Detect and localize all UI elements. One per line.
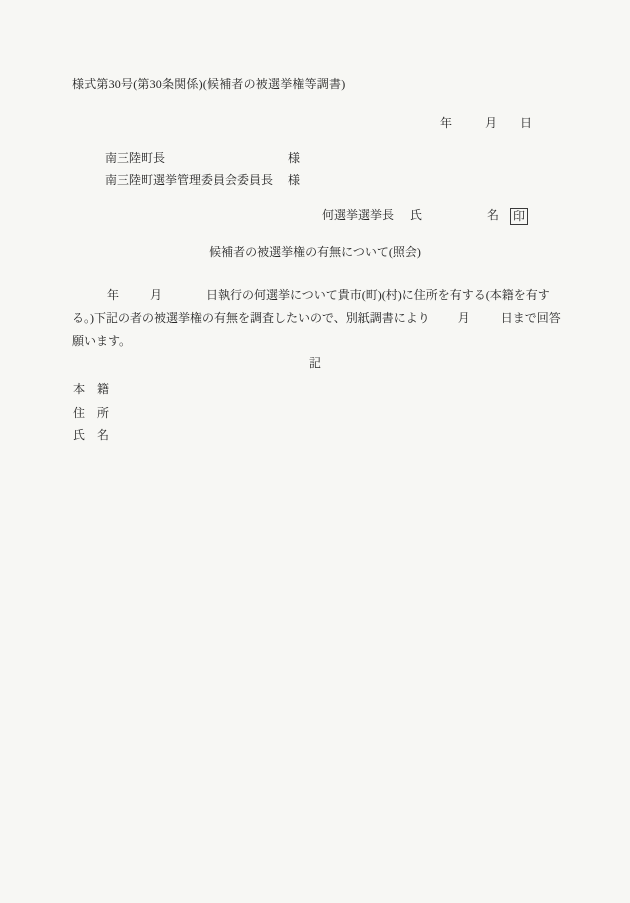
addressee-town-mayor: 南三陸町長 様 — [105, 151, 300, 166]
body-line-2-text: る。)下記の者の被選挙権の有無を調査したいので、別紙調書により — [72, 311, 430, 325]
sender-title: 何選挙選挙長 — [322, 208, 394, 222]
field-label-name: 氏 名 — [73, 428, 109, 443]
addressee-name: 南三陸町選挙管理委員会委員長 — [105, 173, 285, 188]
sender-name-label-last: 氏 — [410, 208, 422, 222]
date-month-label: 月 — [485, 116, 497, 130]
field-label-registered-domicile: 本 籍 — [73, 382, 109, 397]
form-number-title: 様式第30号(第30条関係)(候補者の被選挙権等調書) — [72, 77, 345, 92]
reply-month-blank-label: 月 — [458, 311, 470, 325]
date-line: 年 月 日 — [440, 116, 532, 131]
body-paragraph-line-3: 願います。 — [72, 334, 131, 349]
honorific-label: 様 — [288, 173, 300, 187]
body-year-blank-label: 年 — [107, 288, 119, 302]
body-paragraph-line-2: る。)下記の者の被選挙権の有無を調査したいので、別紙調書により 月 日まで回答 — [72, 311, 561, 326]
sender-name-label-first: 名 — [487, 208, 499, 222]
seal-placeholder-box: 印 — [510, 208, 528, 225]
date-day-label: 日 — [520, 116, 532, 130]
reply-day-text: 日まで回答 — [501, 311, 561, 325]
body-paragraph-line-1: 年 月 日執行の何選挙について貴市(町)(村)に住所を有する(本籍を有す — [72, 288, 550, 303]
addressee-name: 南三陸町長 — [105, 151, 285, 166]
official-form-page: 様式第30号(第30条関係)(候補者の被選挙権等調書) 年 月 日 南三陸町長 … — [0, 0, 630, 903]
addressee-election-committee-chair: 南三陸町選挙管理委員会委員長 様 — [105, 173, 300, 188]
body-line-1-text: 日執行の何選挙について貴市(町)(村)に住所を有する(本籍を有す — [206, 288, 550, 302]
subject-heading: 候補者の被選挙権の有無について(照会) — [0, 245, 630, 260]
field-label-address: 住 所 — [73, 406, 109, 421]
record-section-heading: 記 — [0, 356, 630, 371]
sender-signature-line: 何選挙選挙長 氏 名 印 — [322, 208, 528, 225]
honorific-label: 様 — [288, 151, 300, 165]
date-year-label: 年 — [440, 116, 452, 130]
body-month-blank-label: 月 — [150, 288, 162, 302]
